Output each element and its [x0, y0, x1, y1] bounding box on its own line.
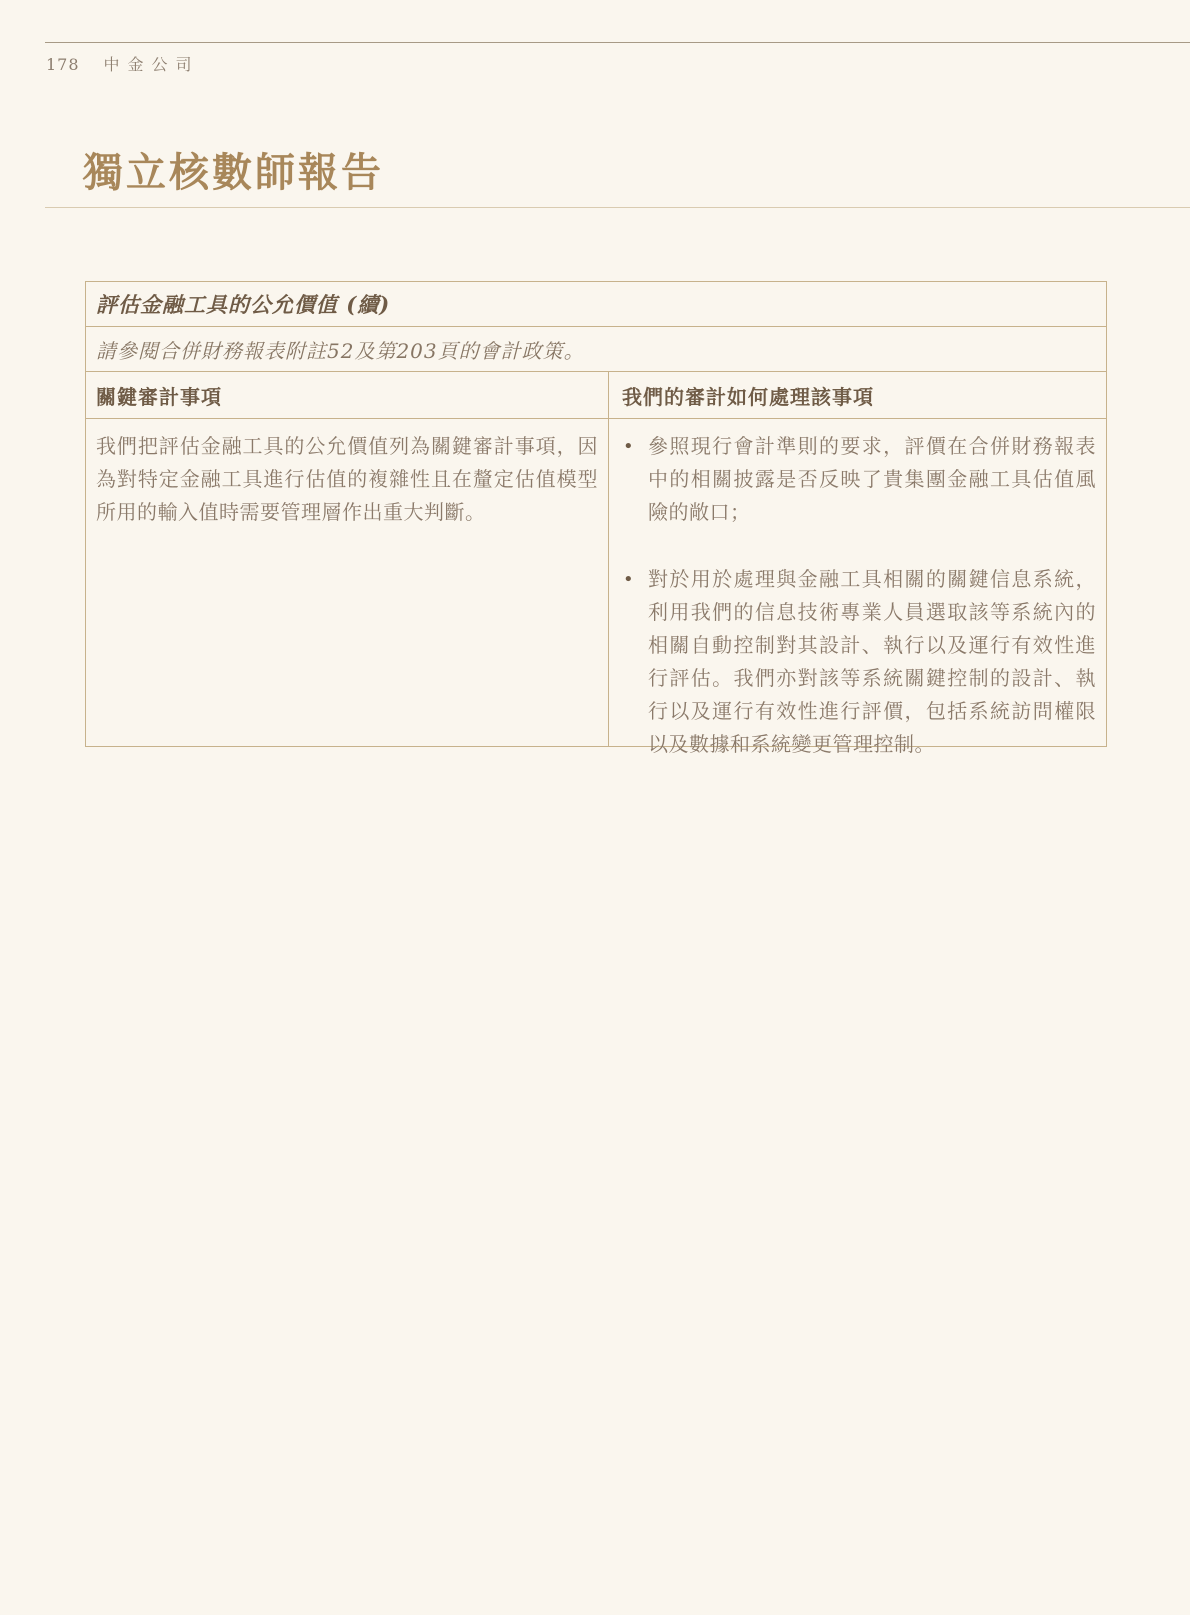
audit-response-bullet-2: 對於用於處理與金融工具相關的關鍵信息系統，利用我們的信息技術專業人員選取該等系統… — [648, 563, 1096, 761]
header-rule — [45, 42, 1190, 43]
page-title: 獨立核數師報告 — [83, 141, 384, 198]
table-section-title: 評估金融工具的公允價值 (續) — [86, 282, 1106, 327]
key-audit-matter-cell: 我們把評估金融工具的公允價值列為關鍵審計事項，因為對特定金融工具進行估值的複雜性… — [86, 419, 608, 746]
title-rule — [45, 207, 1190, 208]
audit-response-bullet-1: 參照現行會計準則的要求，評價在合併財務報表中的相關披露是否反映了貴集團金融工具估… — [648, 430, 1096, 529]
key-audit-matter-table: 評估金融工具的公允價值 (續) 請參閱合併財務報表附註52及第203頁的會計政策… — [85, 281, 1107, 747]
list-item: • 對於用於處理與金融工具相關的關鍵信息系統，利用我們的信息技術專業人員選取該等… — [609, 563, 1096, 761]
page-number: 178 — [46, 55, 80, 74]
bullet-icon: • — [609, 430, 648, 463]
running-head: 178 中金公司 — [46, 52, 200, 75]
bullet-icon: • — [609, 563, 648, 596]
table-reference-note: 請參閱合併財務報表附註52及第203頁的會計政策。 — [86, 327, 1106, 372]
table-header-row: 關鍵審計事項 我們的審計如何處理該事項 — [86, 372, 1106, 419]
table-body-row: 我們把評估金融工具的公允價值列為關鍵審計事項，因為對特定金融工具進行估值的複雜性… — [86, 419, 1106, 746]
column-header-audit-response: 我們的審計如何處理該事項 — [608, 372, 1106, 418]
key-audit-matter-text: 我們把評估金融工具的公允價值列為關鍵審計事項，因為對特定金融工具進行估值的複雜性… — [96, 430, 598, 529]
report-page: 178 中金公司 獨立核數師報告 評估金融工具的公允價值 (續) 請參閱合併財務… — [0, 0, 1190, 1615]
company-name: 中金公司 — [104, 52, 200, 75]
list-item: • 參照現行會計準則的要求，評價在合併財務報表中的相關披露是否反映了貴集團金融工… — [609, 430, 1096, 529]
audit-response-cell: • 參照現行會計準則的要求，評價在合併財務報表中的相關披露是否反映了貴集團金融工… — [608, 419, 1106, 746]
column-header-key-audit-matter: 關鍵審計事項 — [86, 372, 608, 418]
